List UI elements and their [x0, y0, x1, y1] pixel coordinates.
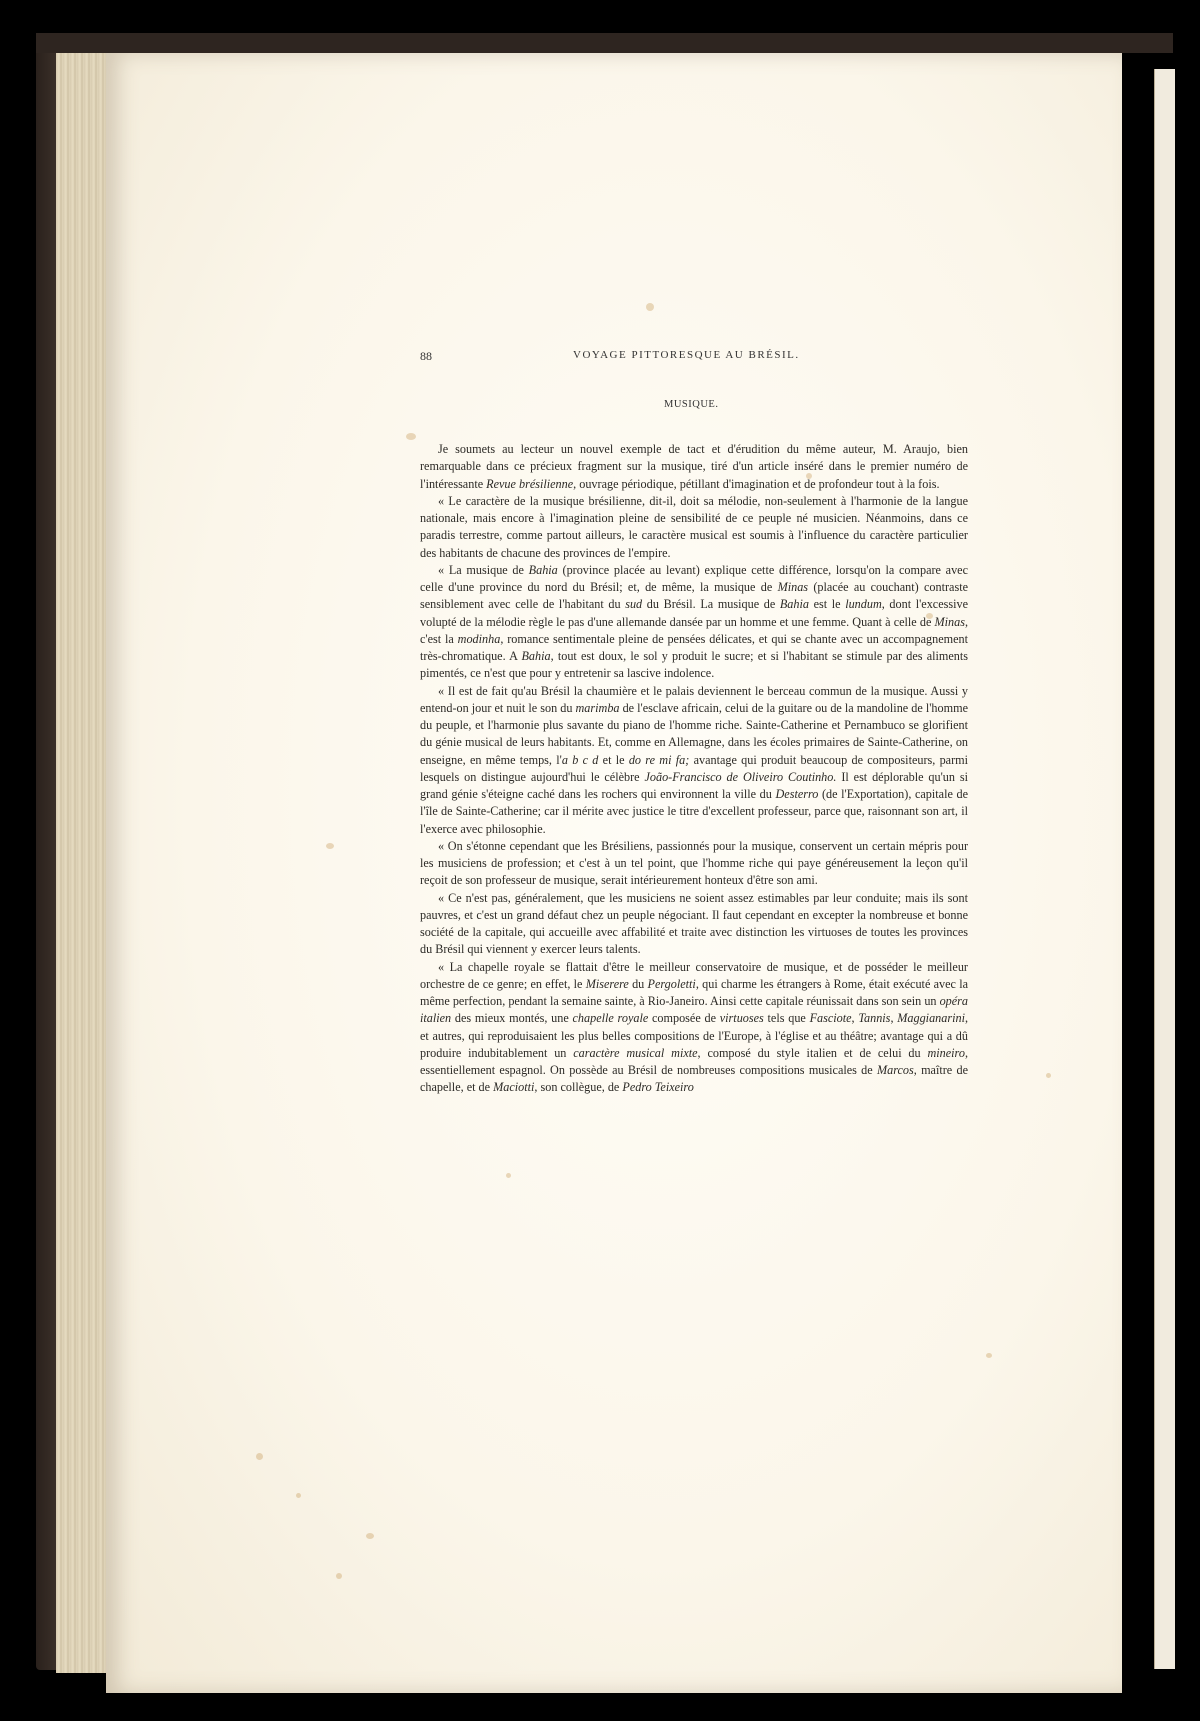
- italic-text: marimba: [576, 701, 620, 715]
- text-run: est le: [809, 597, 845, 611]
- italic-text: Minas: [934, 615, 964, 629]
- italic-text: Revue brésilienne: [486, 477, 573, 491]
- paragraph: Je soumets au lecteur un nouvel exemple …: [420, 441, 968, 493]
- text-run: et le: [598, 753, 628, 767]
- paragraph: « Il est de fait qu'au Brésil la chaumiè…: [420, 683, 968, 838]
- page-edges-stack: [56, 53, 111, 1673]
- text-run: du: [629, 977, 648, 991]
- italic-text: lundum: [845, 597, 882, 611]
- italic-text: virtuoses: [720, 1011, 764, 1025]
- paragraph: « Ce n'est pas, généralement, que les mu…: [420, 890, 968, 959]
- italic-text: modinha: [458, 632, 501, 646]
- foxing-spot: [1046, 1073, 1051, 1078]
- body-text: Je soumets au lecteur un nouvel exemple …: [420, 441, 968, 1097]
- foxing-spot: [296, 1493, 301, 1498]
- paragraph: « On s'étonne cependant que les Brésilie…: [420, 838, 968, 890]
- text-run: du Brésil. La musique de: [642, 597, 780, 611]
- book-cover-top-edge: [36, 33, 1173, 53]
- paragraph: « Le caractère de la musique brésilienne…: [420, 493, 968, 562]
- page-number: 88: [420, 349, 432, 364]
- italic-text: mineiro: [927, 1046, 964, 1060]
- next-page-edge: [1154, 69, 1175, 1669]
- italic-text: Pergoletti: [648, 977, 696, 991]
- text-run: des mieux montés, une: [451, 1011, 572, 1025]
- italic-text: caractère musical mixte: [573, 1046, 697, 1060]
- section-title: MUSIQUE.: [664, 399, 718, 410]
- foxing-spot: [506, 1173, 511, 1178]
- italic-text: do re mi fa;: [629, 753, 689, 767]
- paragraph: « La chapelle royale se flattait d'être …: [420, 959, 968, 1097]
- running-title: VOYAGE PITTORESQUE AU BRÉSIL.: [573, 349, 800, 361]
- italic-text: Minas: [778, 580, 808, 594]
- italic-text: Bahia: [780, 597, 809, 611]
- foxing-spot: [986, 1353, 992, 1358]
- text-run: « La musique de: [438, 563, 529, 577]
- foxing-spot: [256, 1453, 263, 1460]
- italic-text: João-Francisco de Oliveiro Coutinho.: [644, 770, 836, 784]
- italic-text: Tannis: [858, 1011, 890, 1025]
- italic-text: a b c d: [562, 753, 599, 767]
- italic-text: Fasciote: [810, 1011, 852, 1025]
- paragraph: « La musique de Bahia (province placée a…: [420, 562, 968, 683]
- italic-text: Maciotti: [493, 1080, 534, 1094]
- text-run: tels que: [764, 1011, 810, 1025]
- text-run: « Le caractère de la musique brésilienne…: [420, 494, 968, 560]
- text-run: , composé du style italien et de celui d…: [698, 1046, 928, 1060]
- italic-text: Miserere: [586, 977, 629, 991]
- italic-text: chapelle royale: [573, 1011, 649, 1025]
- italic-text: Bahia: [529, 563, 558, 577]
- foxing-spot: [406, 433, 416, 440]
- foxing-spot: [366, 1533, 374, 1539]
- italic-text: Pedro Teixeiro: [622, 1080, 693, 1094]
- text-run: composée de: [648, 1011, 720, 1025]
- foxing-spot: [326, 843, 334, 849]
- italic-text: Maggianarini: [897, 1011, 965, 1025]
- text-run: , ouvrage périodique, pétillant d'imagin…: [573, 477, 939, 491]
- italic-text: Bahia: [521, 649, 550, 663]
- text-run: « Ce n'est pas, généralement, que les mu…: [420, 891, 968, 957]
- italic-text: sud: [625, 597, 642, 611]
- foxing-spot: [646, 303, 654, 311]
- text-run: « On s'étonne cependant que les Brésilie…: [420, 839, 968, 888]
- text-run: , son collègue, de: [534, 1080, 622, 1094]
- foxing-spot: [336, 1573, 342, 1579]
- italic-text: Desterro: [775, 787, 818, 801]
- italic-text: Marcos: [877, 1063, 914, 1077]
